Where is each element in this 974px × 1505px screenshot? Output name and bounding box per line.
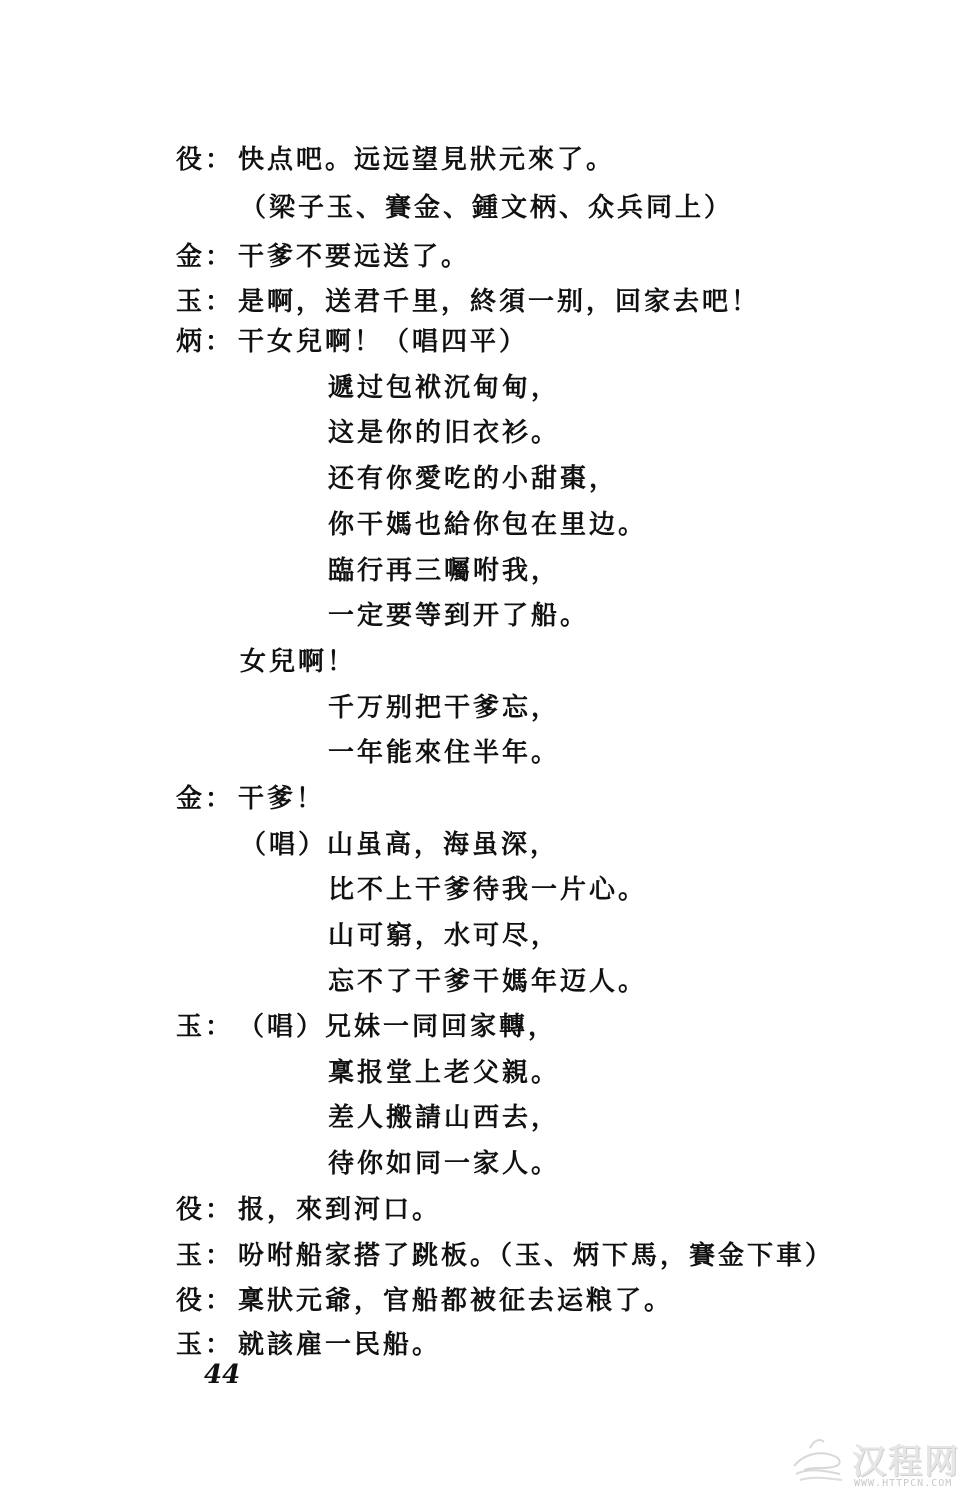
script-line: 玉：就該雇一民船。 [176, 1325, 441, 1365]
watermark-title: 汉程网 [852, 1434, 960, 1483]
line-text: 臨行再三囑咐我， [328, 551, 560, 591]
script-line: 役：快点吧。远远望見狀元來了。 [176, 140, 615, 180]
line-text: 报，來到河口。 [238, 1190, 441, 1230]
line-text: 还有你愛吃的小甜棗， [328, 459, 618, 499]
line-text: 快点吧。远远望見狀元來了。 [238, 140, 615, 180]
line-text: 干女兒啊！（唱四平） [238, 322, 528, 362]
script-line: 比不上干爹待我一片心。 [328, 870, 647, 910]
watermark: 汉程网 WWW.HTTPCN.COM [790, 1430, 970, 1500]
line-text: 稟狀元爺，官船都被征去运粮了。 [238, 1281, 673, 1321]
speaker-label: 玉： [176, 282, 238, 322]
line-text: （唱）山虽高，海虽深， [240, 825, 559, 865]
script-line: 役：报，來到河口。 [176, 1190, 441, 1230]
speaker-label: 役： [176, 1281, 238, 1321]
line-text: 女兒啊！ [240, 642, 356, 682]
script-line: （唱）山虽高，海虽深， [240, 825, 559, 865]
line-text: 比不上干爹待我一片心。 [328, 870, 647, 910]
script-line: 臨行再三囑咐我， [328, 551, 560, 591]
page-number: 44 [204, 1360, 240, 1390]
line-text: 这是你的旧衣衫。 [328, 413, 560, 453]
script-line: 差人搬請山西去， [328, 1098, 560, 1138]
script-line: 一年能來住半年。 [328, 733, 560, 773]
script-line: 玉：吩咐船家搭了跳板。（玉、炳下馬，賽金下車） [176, 1236, 834, 1276]
line-text: 遞过包袱沉甸甸， [328, 368, 560, 408]
line-text: （梁子玉、賽金、鍾文柄、众兵同上） [240, 188, 733, 228]
script-line: 金：干爹不要远送了。 [176, 237, 470, 277]
line-text: 待你如同一家人。 [328, 1144, 560, 1184]
script-line: 稟报堂上老父親。 [328, 1053, 560, 1093]
line-text: 千万别把干爹忘， [328, 688, 560, 728]
line-text: 稟报堂上老父親。 [328, 1053, 560, 1093]
line-text: 忘不了干爹干媽年迈人。 [328, 962, 647, 1002]
script-line: 炳：干女兒啊！（唱四平） [176, 322, 528, 362]
script-line: （梁子玉、賽金、鍾文柄、众兵同上） [240, 188, 733, 228]
line-text: 你干媽也給你包在里边。 [328, 505, 647, 545]
line-text: 干爹！ [238, 779, 325, 819]
script-line: 待你如同一家人。 [328, 1144, 560, 1184]
script-line: 你干媽也給你包在里边。 [328, 505, 647, 545]
watermark-logo-icon [790, 1436, 846, 1484]
speaker-label: 炳： [176, 322, 238, 362]
script-line: 女兒啊！ [240, 642, 356, 682]
speaker-label: 金： [176, 237, 238, 277]
line-text: 干爹不要远送了。 [238, 237, 470, 277]
script-line: 金：干爹！ [176, 779, 325, 819]
script-line: 忘不了干爹干媽年迈人。 [328, 962, 647, 1002]
line-text: 是啊，送君千里，終須一别，回家去吧！ [238, 282, 760, 322]
watermark-url: WWW.HTTPCN.COM [854, 1478, 952, 1489]
line-text: 一定要等到开了船。 [328, 596, 589, 636]
script-line: 千万别把干爹忘， [328, 688, 560, 728]
script-line: 这是你的旧衣衫。 [328, 413, 560, 453]
script-line: 玉：是啊，送君千里，終須一别，回家去吧！ [176, 282, 760, 322]
script-line: 役：稟狀元爺，官船都被征去运粮了。 [176, 1281, 673, 1321]
script-line: 玉：（唱）兄妹一同回家轉， [176, 1007, 557, 1047]
speaker-label: 玉： [176, 1236, 238, 1276]
speaker-label: 玉： [176, 1007, 238, 1047]
book-page: 役：快点吧。远远望見狀元來了。（梁子玉、賽金、鍾文柄、众兵同上）金：干爹不要远送… [0, 0, 974, 1505]
script-line: 还有你愛吃的小甜棗， [328, 459, 618, 499]
speaker-label: 役： [176, 140, 238, 180]
line-text: 山可窮，水可尽， [328, 916, 560, 956]
line-text: （唱）兄妹一同回家轉， [238, 1007, 557, 1047]
line-text: 一年能來住半年。 [328, 733, 560, 773]
speaker-label: 金： [176, 779, 238, 819]
line-text: 差人搬請山西去， [328, 1098, 560, 1138]
speaker-label: 役： [176, 1190, 238, 1230]
line-text: 吩咐船家搭了跳板。（玉、炳下馬，賽金下車） [238, 1236, 834, 1276]
line-text: 就該雇一民船。 [238, 1325, 441, 1365]
speaker-label: 玉： [176, 1325, 238, 1365]
script-line: 遞过包袱沉甸甸， [328, 368, 560, 408]
script-line: 一定要等到开了船。 [328, 596, 589, 636]
script-line: 山可窮，水可尽， [328, 916, 560, 956]
